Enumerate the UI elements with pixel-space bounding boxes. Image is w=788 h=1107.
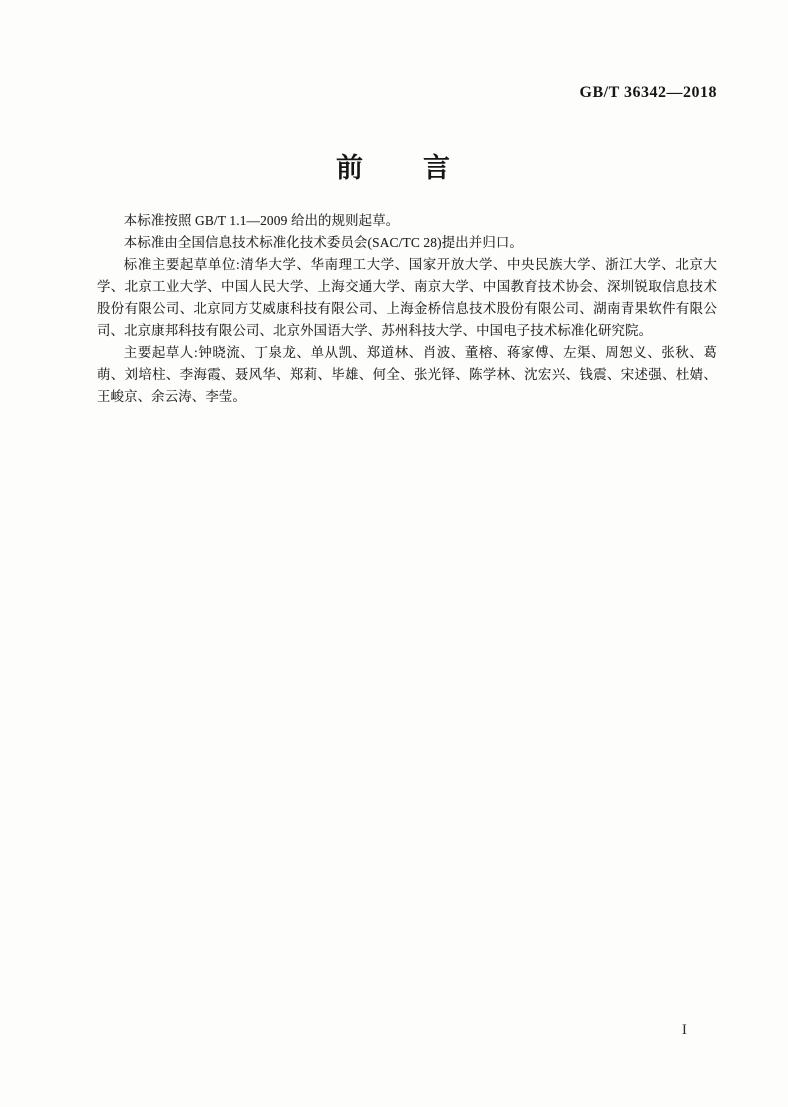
paragraph-drafters: 主要起草人:钟晓流、丁泉龙、单从凯、郑道林、肖波、董榕、蒋家傅、左渠、周恕义、张… [97, 342, 717, 408]
document-page: GB/T 36342—2018 前 言 本标准按照 GB/T 1.1—2009 … [0, 0, 788, 1107]
paragraph-drafting-rules: 本标准按照 GB/T 1.1—2009 给出的规则起草。 [97, 210, 717, 232]
page-title: 前 言 [0, 146, 788, 185]
paragraph-drafting-organizations: 标准主要起草单位:清华大学、华南理工大学、国家开放大学、中央民族大学、浙江大学、… [97, 254, 717, 342]
body-text-block: 本标准按照 GB/T 1.1—2009 给出的规则起草。 本标准由全国信息技术标… [97, 210, 717, 408]
page-number: I [682, 1022, 687, 1039]
paragraph-proposing-committee: 本标准由全国信息技术标准化技术委员会(SAC/TC 28)提出并归口。 [97, 232, 717, 254]
standard-number-header: GB/T 36342—2018 [580, 84, 717, 102]
